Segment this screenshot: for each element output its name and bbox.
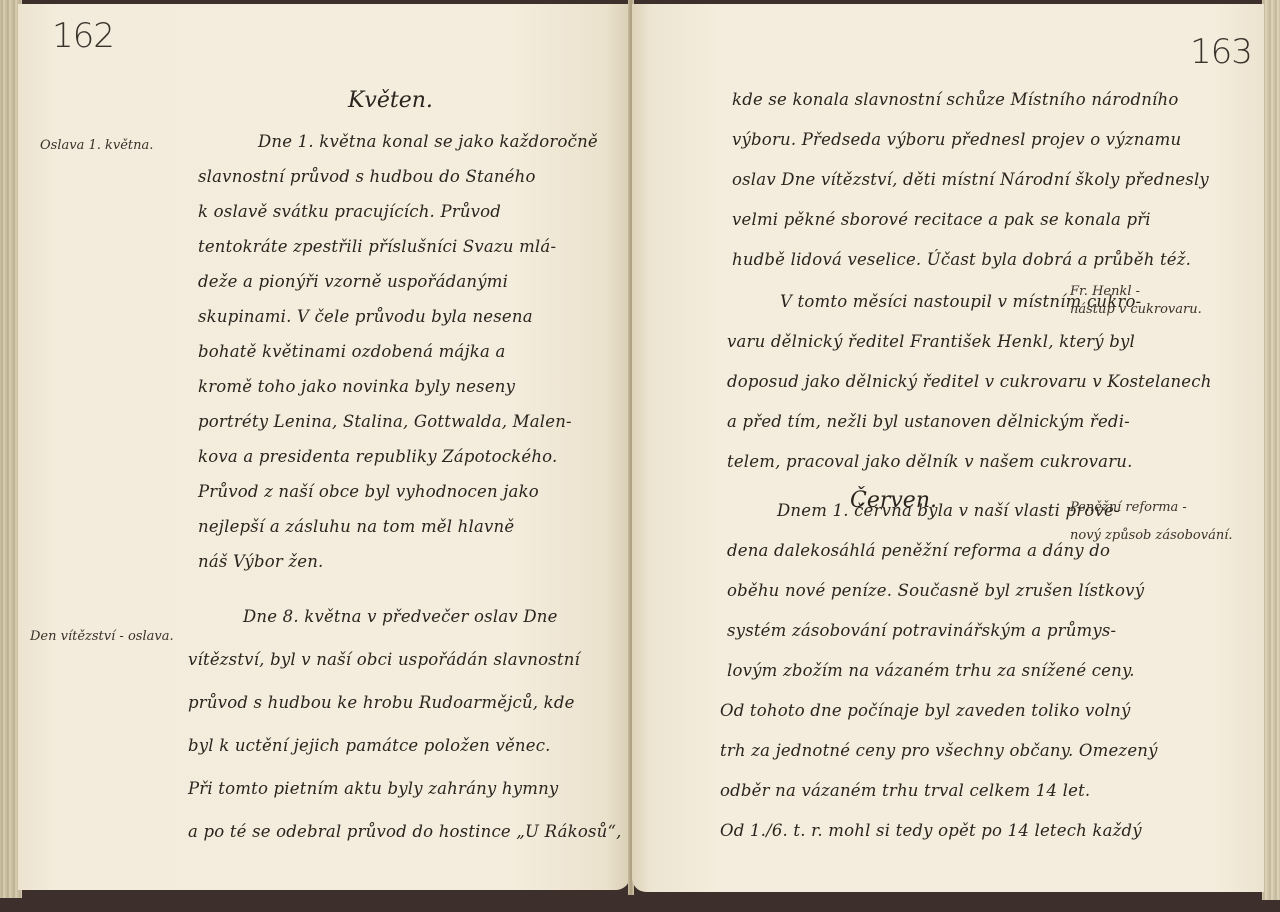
- text-line: oslav Dne vítězství, děti místní Národní…: [732, 170, 1209, 189]
- text-line: odběr na vázaném trhu trval celkem 14 le…: [720, 781, 1090, 800]
- text-line: trh za jednotné ceny pro všechny občany.…: [720, 741, 1158, 760]
- page-number-right: 163: [1190, 32, 1252, 72]
- text-line: Od tohoto dne počínaje byl zaveden tolik…: [720, 701, 1130, 720]
- text-line: deže a pionýři vzorně uspořádanými: [198, 272, 508, 291]
- text-line: skupinami. V čele průvodu byla nesena: [198, 307, 533, 326]
- margin-note-henkl: Fr. Henkl -: [1070, 284, 1140, 299]
- right-page: 163 kde se konala slavnostní schůze Míst…: [632, 4, 1264, 892]
- text-line: Při tomto pietním aktu byly zahrány hymn…: [188, 779, 558, 798]
- text-line: kde se konala slavnostní schůze Místního…: [732, 90, 1178, 109]
- book-spread: 162 Květen. Oslava 1. května. Den vítězs…: [0, 0, 1280, 912]
- text-line: výboru. Předseda výboru přednesl projev …: [732, 130, 1181, 149]
- left-page: 162 Květen. Oslava 1. května. Den vítězs…: [18, 4, 630, 890]
- text-line: vítězství, byl v naší obci uspořádán sla…: [188, 650, 580, 669]
- text-line: a před tím, nežli byl ustanoven dělnický…: [727, 412, 1130, 431]
- margin-note-den-vitezstvi: Den vítězství - oslava.: [30, 629, 174, 644]
- margin-note-henkl-nastup: nástup v cukrovaru.: [1070, 302, 1202, 317]
- text-line: doposud jako dělnický ředitel v cukrovar…: [727, 372, 1212, 391]
- text-line: portréty Lenina, Stalina, Gottwalda, Mal…: [198, 412, 572, 431]
- text-line: telem, pracoval jako dělník v našem cukr…: [727, 452, 1133, 471]
- text-line: hudbě lidová veselice. Účast byla dobrá …: [732, 250, 1191, 269]
- text-line: byl k uctění jejich památce položen věne…: [188, 736, 551, 755]
- margin-note-oslava-1-kvetna: Oslava 1. května.: [40, 138, 153, 153]
- text-line: průvod s hudbou ke hrobu Rudoarmějců, kd…: [188, 693, 575, 712]
- text-line: k oslavě svátku pracujících. Průvod: [198, 202, 501, 221]
- text-line: systém zásobování potravinářským a průmy…: [727, 621, 1116, 640]
- right-page-stack-edges: [1262, 0, 1280, 900]
- text-line: kova a presidenta republiky Zápotockého.: [198, 447, 557, 466]
- text-line: varu dělnický ředitel František Henkl, k…: [727, 332, 1135, 351]
- page-number-left: 162: [52, 16, 114, 56]
- text-line: Od 1./6. t. r. mohl si tedy opět po 14 l…: [720, 821, 1142, 840]
- text-line: lovým zbožím na vázaném trhu za snížené …: [727, 661, 1135, 680]
- text-line: dena dalekosáhlá peněžní reforma a dány …: [727, 541, 1110, 560]
- text-line: náš Výbor žen.: [198, 552, 324, 571]
- text-line: velmi pěkné sborové recitace a pak se ko…: [732, 210, 1151, 229]
- text-line: Průvod z naší obce byl vyhodnocen jako: [198, 482, 539, 501]
- text-line: tentokráte zpestřili příslušníci Svazu m…: [198, 237, 556, 256]
- section-heading-kveten: Květen.: [348, 88, 433, 113]
- text-line: bohatě květinami ozdobená májka a: [198, 342, 506, 361]
- text-line: oběhu nové peníze. Současně byl zrušen l…: [727, 581, 1144, 600]
- text-line: kromě toho jako novinka byly neseny: [198, 377, 515, 396]
- text-line: Dnem 1. června byla v naší vlasti prove-: [777, 501, 1120, 520]
- text-line: Dne 1. května konal se jako každoročně: [258, 132, 598, 151]
- text-line: Dne 8. května v předvečer oslav Dne: [243, 607, 558, 626]
- text-line: slavnostní průvod s hudbou do Staného: [198, 167, 536, 186]
- text-line: nejlepší a zásluhu na tom měl hlavně: [198, 517, 514, 536]
- text-line: a po té se odebral průvod do hostince „U…: [188, 822, 622, 841]
